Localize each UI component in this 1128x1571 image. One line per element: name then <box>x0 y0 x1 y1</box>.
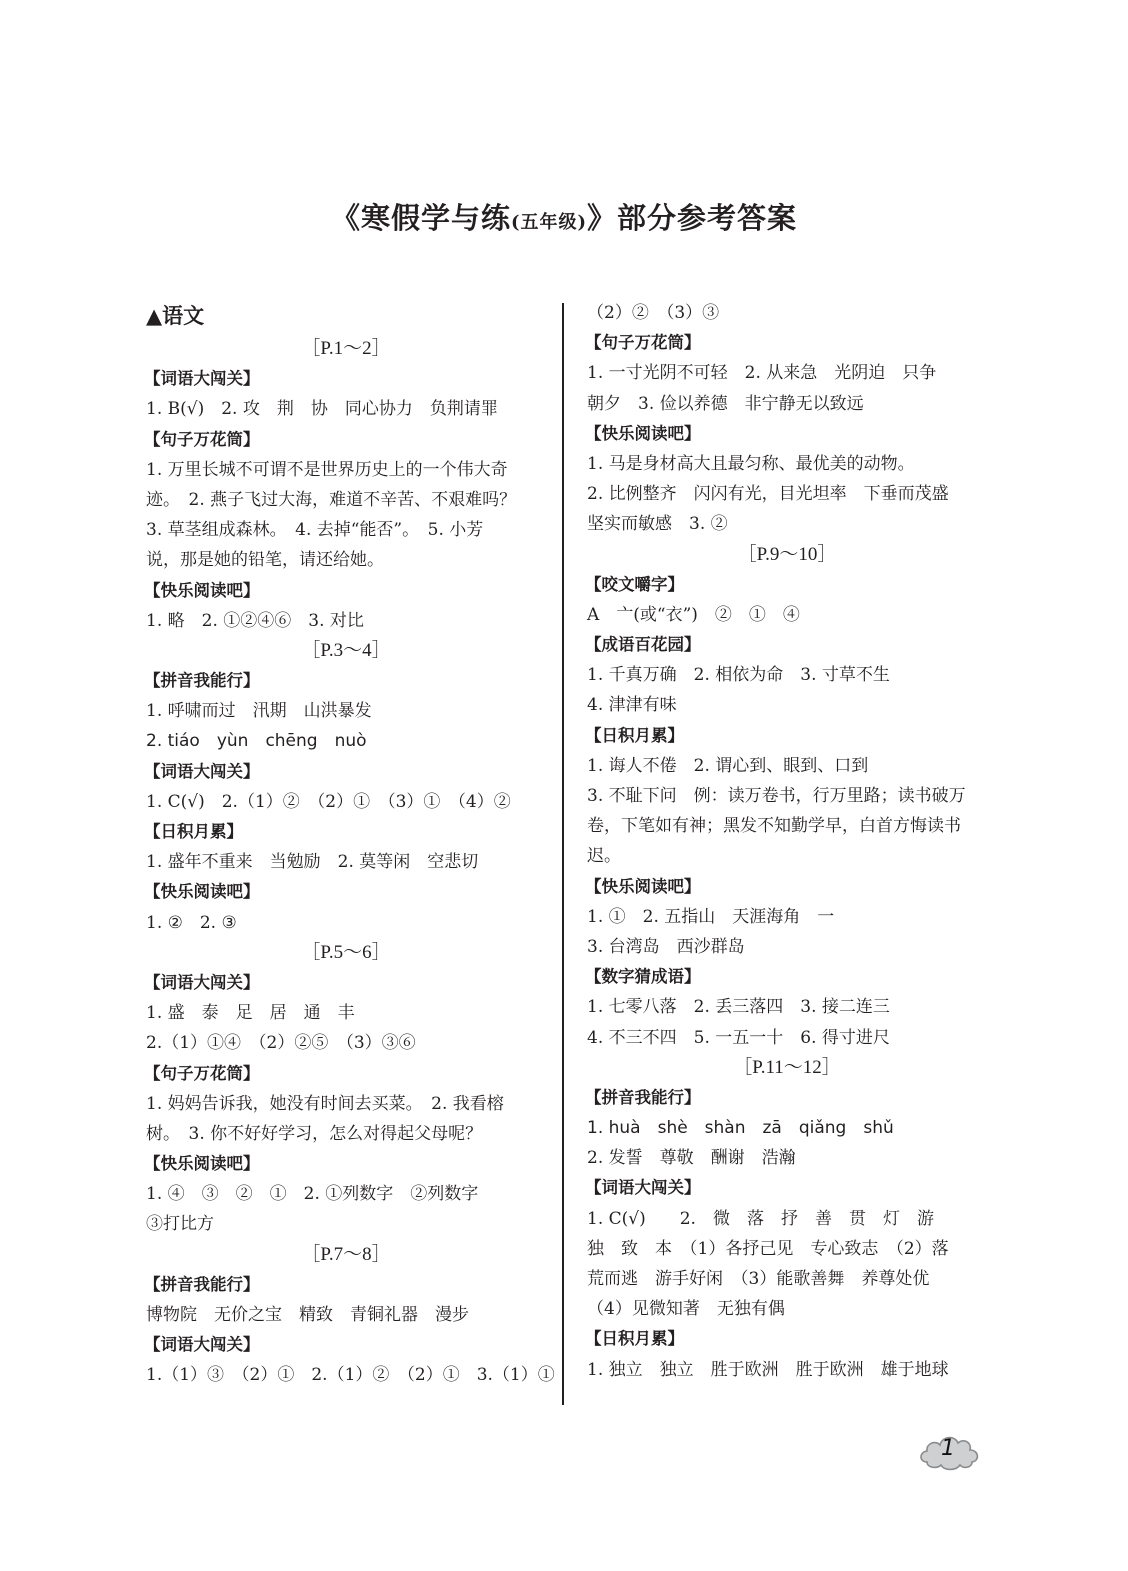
subject-heading: ▲语文 <box>146 298 546 334</box>
answer-line: 1. 诲人不倦 2. 谓心到、眼到、口到 <box>587 751 987 781</box>
answer-line: ③打比方 <box>146 1209 546 1239</box>
answer-line: 1. B(√) 2. 攻 荆 协 同心协力 负荆请罪 <box>146 394 546 424</box>
section-heading: 【快乐阅读吧】 <box>585 872 987 902</box>
page-range-label: ［P.3～4］ <box>146 636 546 666</box>
section-heading: 【成语百花园】 <box>585 630 987 660</box>
answer-line: 迹。 2. 燕子飞过大海，难道不辛苦、不艰难吗？ <box>146 485 546 515</box>
answer-line: 3. 草茎组成森林。 4. 去掉“能否”。 5. 小芳 <box>146 515 546 545</box>
answer-line: 朝夕 3. 俭以养德 非宁静无以致远 <box>587 389 987 419</box>
answer-line: 4. 不三不四 5. 一五一十 6. 得寸进尺 <box>587 1023 987 1053</box>
section-heading: 【词语大闯关】 <box>144 364 546 394</box>
left-answer-list: ［P.1～2］【词语大闯关】1. B(√) 2. 攻 荆 协 同心协力 负荆请罪… <box>146 334 546 1391</box>
title-prefix: 《寒假学与练 <box>331 201 511 235</box>
answer-line: 1. ② 2. ③ <box>146 908 546 938</box>
answer-line: 树。 3. 你不好好学习，怎么对得起父母呢？ <box>146 1119 546 1149</box>
answer-line: 迟。 <box>587 841 987 871</box>
page-range-label: ［P.9～10］ <box>587 540 987 570</box>
answer-line: 1. 一寸光阴不可轻 2. 从来急 光阴迫 只争 <box>587 358 987 388</box>
section-heading: 【词语大闯关】 <box>144 1330 546 1360</box>
answer-line: 1. 千真万确 2. 相依为命 3. 寸草不生 <box>587 660 987 690</box>
section-heading: 【拼音我能行】 <box>585 1083 987 1113</box>
page-range-label: ［P.7～8］ <box>146 1240 546 1270</box>
page-range-label: ［P.11～12］ <box>587 1053 987 1083</box>
section-heading: 【拼音我能行】 <box>144 666 546 696</box>
section-heading: 【快乐阅读吧】 <box>144 1149 546 1179</box>
section-heading: 【词语大闯关】 <box>144 968 546 998</box>
answer-line: 2.（1）①④ （2）②⑤ （3）③⑥ <box>146 1028 546 1058</box>
answer-line: 坚实而敏感 3. ② <box>587 509 987 539</box>
section-heading: 【拼音我能行】 <box>144 1270 546 1300</box>
answer-line: （2）② （3）③ <box>587 298 987 328</box>
answer-line: 2. tiáo yùn chēng nuò <box>146 726 546 756</box>
title-suffix: 》部分参考答案 <box>587 201 797 235</box>
section-heading: 【日积月累】 <box>144 817 546 847</box>
answer-line: 3. 不耻下问 例：读万卷书，行万里路；读书破万 <box>587 781 987 811</box>
left-column: ▲语文 ［P.1～2］【词语大闯关】1. B(√) 2. 攻 荆 协 同心协力 … <box>146 298 546 1391</box>
document-title: 《寒假学与练(五年级)》部分参考答案 <box>0 196 1128 237</box>
answer-line: （4）见微知著 无独有偶 <box>587 1294 987 1324</box>
section-heading: 【句子万花筒】 <box>144 1059 546 1089</box>
answer-line: 博物院 无价之宝 精致 青铜礼器 漫步 <box>146 1300 546 1330</box>
answer-line: A 亠(或“衣”) ② ① ④ <box>587 600 987 630</box>
page-range-label: ［P.5～6］ <box>146 938 546 968</box>
page-number-badge: 1 <box>917 1428 983 1476</box>
answer-line: 1. 独立 独立 胜于欧洲 胜于欧洲 雄于地球 <box>587 1355 987 1385</box>
answer-line: 说，那是她的铅笔，请还给她。 <box>146 545 546 575</box>
subject-name: 语文 <box>162 304 204 328</box>
title-grade: (五年级) <box>511 212 587 233</box>
answer-line: 卷，下笔如有神；黑发不知勤学早，白首方悔读书 <box>587 811 987 841</box>
section-heading: 【日积月累】 <box>585 1324 987 1354</box>
answer-line: 荒而逃 游手好闲 （3）能歌善舞 养尊处优 <box>587 1264 987 1294</box>
right-answer-list: （2）② （3）③【句子万花筒】1. 一寸光阴不可轻 2. 从来急 光阴迫 只争… <box>587 298 987 1385</box>
section-heading: 【快乐阅读吧】 <box>144 576 546 606</box>
answer-line: 1. 略 2. ①②④⑥ 3. 对比 <box>146 606 546 636</box>
answer-line: 1. 妈妈告诉我，她没有时间去买菜。 2. 我看榕 <box>146 1089 546 1119</box>
answer-line: 1. ④ ③ ② ① 2. ①列数字 ②列数字 <box>146 1179 546 1209</box>
section-heading: 【日积月累】 <box>585 721 987 751</box>
answer-line: 1. 呼啸而过 汛期 山洪暴发 <box>146 696 546 726</box>
answer-line: 独 致 本 （1）各抒己见 专心致志 （2）落 <box>587 1234 987 1264</box>
section-heading: 【词语大闯关】 <box>144 757 546 787</box>
answer-line: 1. ① 2. 五指山 天涯海角 一 <box>587 902 987 932</box>
answer-line: 2. 比例整齐 闪闪有光，目光坦率 下垂而茂盛 <box>587 479 987 509</box>
answer-line: 1. C(√) 2. 微 落 抒 善 贯 灯 游 <box>587 1204 987 1234</box>
answer-line: 1. 万里长城不可谓不是世界历史上的一个伟大奇 <box>146 455 546 485</box>
answer-line: 3. 台湾岛 西沙群岛 <box>587 932 987 962</box>
answer-line: 4. 津津有味 <box>587 690 987 720</box>
answer-line: 1. 马是身材高大且最匀称、最优美的动物。 <box>587 449 987 479</box>
page-range-label: ［P.1～2］ <box>146 334 546 364</box>
section-heading: 【快乐阅读吧】 <box>144 877 546 907</box>
section-heading: 【数字猜成语】 <box>585 962 987 992</box>
answer-line: 2. 发誓 尊敬 酬谢 浩瀚 <box>587 1143 987 1173</box>
section-heading: 【咬文嚼字】 <box>585 570 987 600</box>
section-heading: 【词语大闯关】 <box>585 1173 987 1203</box>
section-heading: 【句子万花筒】 <box>585 328 987 358</box>
answer-line: 1. 盛年不重来 当勉励 2. 莫等闲 空悲切 <box>146 847 546 877</box>
page-number: 1 <box>917 1436 979 1461</box>
answer-line: 1. 盛 泰 足 居 通 丰 <box>146 998 546 1028</box>
section-heading: 【句子万花筒】 <box>144 425 546 455</box>
right-column: （2）② （3）③【句子万花筒】1. 一寸光阴不可轻 2. 从来急 光阴迫 只争… <box>587 298 987 1385</box>
column-divider <box>562 303 564 1405</box>
section-heading: 【快乐阅读吧】 <box>585 419 987 449</box>
answer-line: 1. C(√) 2.（1）② （2）① （3）① （4）② <box>146 787 546 817</box>
answer-line: 1.（1）③ （2）① 2.（1）② （2）① 3.（1）① <box>146 1360 546 1390</box>
answer-line: 1. huà shè shàn zā qiǎng shǔ <box>587 1113 987 1143</box>
answer-line: 1. 七零八落 2. 丢三落四 3. 接二连三 <box>587 992 987 1022</box>
triangle-icon: ▲ <box>146 304 162 328</box>
